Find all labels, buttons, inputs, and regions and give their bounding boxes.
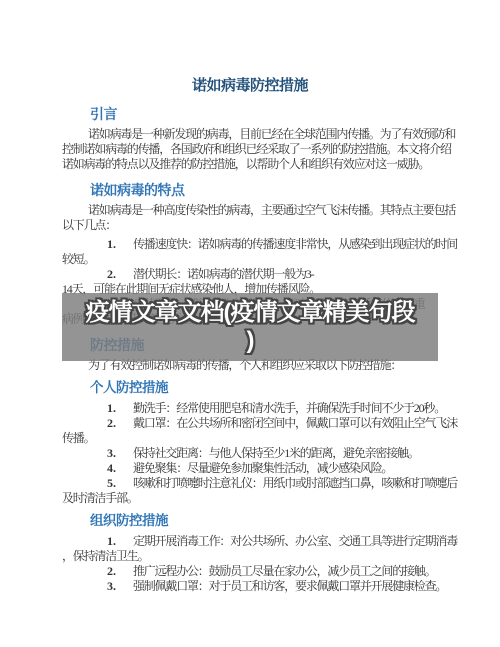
section-heading: 组织防控措施 xyxy=(62,512,438,530)
section-heading: 引言 xyxy=(62,105,438,124)
overlay-title-line2: ) xyxy=(247,327,254,355)
paragraph: 诺如病毒是一种高度传染性的病毒，主要通过空气飞沫传播。其特点主要包括以下几点： xyxy=(62,203,438,233)
list-item-text: 潜伏期长：诺如病毒的潜伏期一般为3- xyxy=(133,267,313,281)
list-item-number: 3. xyxy=(107,446,133,461)
document-page: 诺如病毒防控措施 引言诺如病毒是一种新发现的病毒，目前已经在全球范围内传播。为了… xyxy=(0,0,500,647)
paragraph-line: 控制诺如病毒的传播，各国政府和组织已经采取了一系列的防控措施。本文将介绍 xyxy=(62,142,438,157)
list-item-line: 1.勤洗手：经常使用肥皂和清水洗手，并确保洗手时间不少于20秒。 xyxy=(62,401,438,416)
overlay-title-line1: 疫情文章文档(疫情文章精美句段 xyxy=(86,299,415,327)
list-item-text: 勤洗手：经常使用肥皂和清水洗手，并确保洗手时间不少于20秒。 xyxy=(133,401,445,415)
list-item-line: 2.推广远程办公：鼓励员工尽量在家办公，减少员工之间的接触。 xyxy=(62,564,438,579)
list-item-line: 5.咳嗽和打喷嚏时注意礼仪：用纸巾或肘部遮挡口鼻，咳嗽和打喷嚏后 xyxy=(62,476,438,491)
list-item-number: 2. xyxy=(107,267,133,282)
list-item-text: 强制佩戴口罩：对于员工和访客，要求佩戴口罩并开展健康检查。 xyxy=(133,579,446,593)
list-item-line: 传播。 xyxy=(62,431,438,446)
watermark-overlay-banner: 疫情文章文档(疫情文章精美句段 ) xyxy=(62,293,438,361)
list-item-line: 3.保持社交距离：与他人保持至少1米的距离，避免亲密接触。 xyxy=(62,446,438,461)
numbered-list: 1.勤洗手：经常使用肥皂和清水洗手，并确保洗手时间不少于20秒。2.戴口罩：在公… xyxy=(62,401,438,506)
list-item-text: 咳嗽和打喷嚏时注意礼仪：用纸巾或肘部遮挡口鼻，咳嗽和打喷嚏后 xyxy=(133,476,457,490)
list-item-number: 5. xyxy=(107,476,133,491)
list-item-number: 4. xyxy=(107,461,133,476)
numbered-list: 1.定期开展消毒工作：对公共场所、办公室、交通工具等进行定期消毒，保持清洁卫生。… xyxy=(62,534,438,594)
list-item-text: 避免聚集：尽量避免参加聚集性活动，减少感染风险。 xyxy=(133,461,392,475)
list-item-line: 较短。 xyxy=(62,252,438,267)
list-item-line: 1.定期开展消毒工作：对公共场所、办公室、交通工具等进行定期消毒 xyxy=(62,534,438,549)
list-item-text: 戴口罩：在公共场所和密闭空间中，佩戴口罩可以有效阻止空气飞沫 xyxy=(133,416,457,430)
page-title: 诺如病毒防控措施 xyxy=(62,76,438,96)
list-item-line: 1.传播速度快：诺如病毒的传播速度非常快，从感染到出现症状的时间 xyxy=(62,237,438,252)
list-item-number: 2. xyxy=(107,416,133,431)
list-item-line: 4.避免聚集：尽量避免参加聚集性活动，减少感染风险。 xyxy=(62,461,438,476)
list-item-line: 2.潜伏期长：诺如病毒的潜伏期一般为3- xyxy=(62,267,438,282)
paragraph-line: 诺如病毒是一种新发现的病毒，目前已经在全球范围内传播。为了有效预防和 xyxy=(62,127,438,142)
list-item-text: 定期开展消毒工作：对公共场所、办公室、交通工具等进行定期消毒 xyxy=(133,534,457,548)
list-item-number: 1. xyxy=(107,237,133,252)
paragraph-line: 以下几点： xyxy=(62,218,438,233)
paragraph: 诺如病毒是一种新发现的病毒，目前已经在全球范围内传播。为了有效预防和控制诺如病毒… xyxy=(62,127,438,172)
list-item-text: 传播速度快：诺如病毒的传播速度非常快，从感染到出现症状的时间 xyxy=(133,237,457,251)
list-item-line: 2.戴口罩：在公共场所和密闭空间中，佩戴口罩可以有效阻止空气飞沫 xyxy=(62,416,438,431)
list-item-text: 推广远程办公：鼓励员工尽量在家办公，减少员工之间的接触。 xyxy=(133,564,435,578)
list-item-line: ，保持清洁卫生。 xyxy=(62,549,438,564)
section-heading: 诺如病毒的特点 xyxy=(62,181,438,200)
list-item-number: 1. xyxy=(107,401,133,416)
section-heading: 个人防控措施 xyxy=(62,379,438,397)
list-item-number: 2. xyxy=(107,564,133,579)
list-item-number: 1. xyxy=(107,534,133,549)
list-item-number: 3. xyxy=(107,579,133,594)
paragraph-line: 诺如病毒是一种高度传染性的病毒，主要通过空气飞沫传播。其特点主要包括 xyxy=(62,203,438,218)
list-item-line: 及时清洁手部。 xyxy=(62,491,438,506)
paragraph-line: 诺如病毒的特点以及推荐的防控措施，以帮助个人和组织有效应对这一威胁。 xyxy=(62,157,438,172)
list-item-text: 保持社交距离：与他人保持至少1米的距离，避免亲密接触。 xyxy=(133,446,419,460)
list-item-line: 3.强制佩戴口罩：对于员工和访客，要求佩戴口罩并开展健康检查。 xyxy=(62,579,438,594)
